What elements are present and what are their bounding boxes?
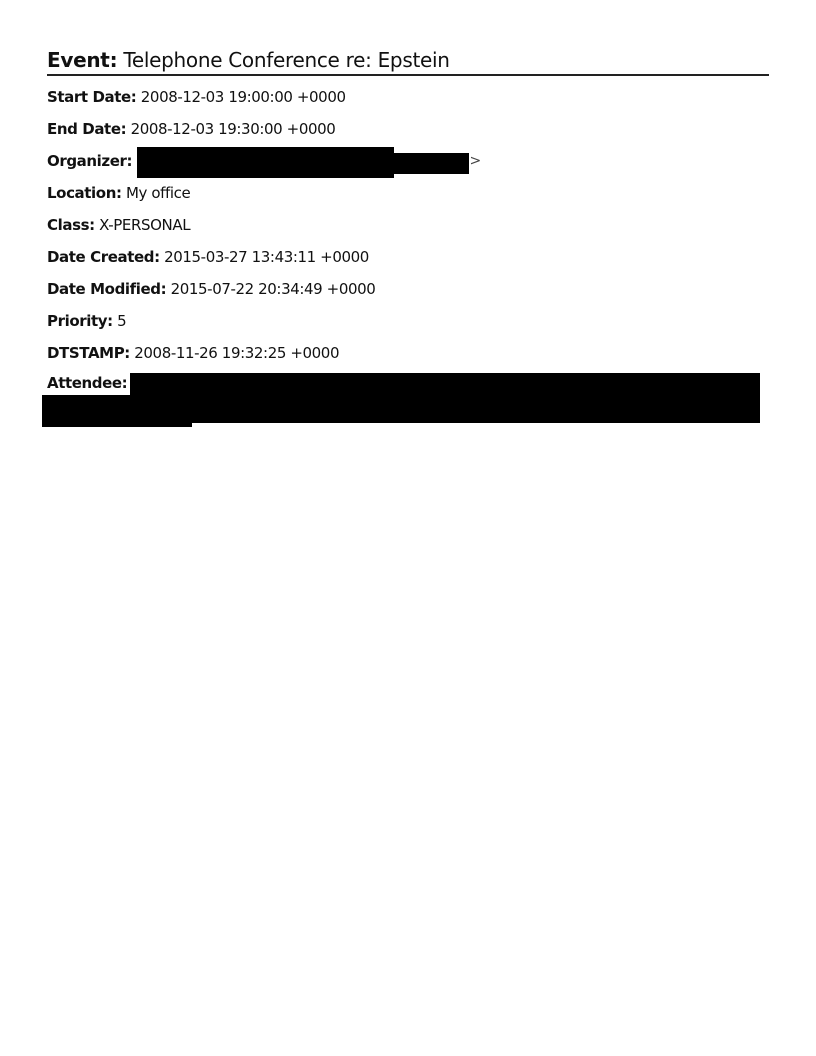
date-created-value: 2015-03-27 13:43:11 +0000 xyxy=(164,248,369,266)
field-date-modified: Date Modified: 2015-07-22 20:34:49 +0000 xyxy=(47,279,769,299)
field-start-date: Start Date: 2008-12-03 19:00:00 +0000 xyxy=(47,87,769,107)
event-title: Telephone Conference re: Epstein xyxy=(123,48,449,72)
field-dtstamp: DTSTAMP: 2008-11-26 19:32:25 +0000 xyxy=(47,343,769,363)
start-date-label: Start Date: xyxy=(47,88,136,106)
attendee-label: Attendee: xyxy=(47,373,130,393)
field-end-date: End Date: 2008-12-03 19:30:00 +0000 xyxy=(47,119,769,139)
redaction-box xyxy=(137,147,394,178)
priority-label: Priority: xyxy=(47,312,113,330)
redaction-box xyxy=(394,153,469,174)
class-value: X-PERSONAL xyxy=(99,216,190,234)
event-fields: Start Date: 2008-12-03 19:00:00 +0000 En… xyxy=(47,87,769,395)
field-priority: Priority: 5 xyxy=(47,311,769,331)
organizer-label: Organizer: xyxy=(47,152,132,170)
attendee-redaction: Attendee: xyxy=(42,375,762,435)
field-attendee: Attendee: xyxy=(47,375,769,395)
location-label: Location: xyxy=(47,184,122,202)
dtstamp-value: 2008-11-26 19:32:25 +0000 xyxy=(134,344,339,362)
event-label: Event: xyxy=(47,48,117,72)
date-created-label: Date Created: xyxy=(47,248,160,266)
start-date-value: 2008-12-03 19:00:00 +0000 xyxy=(141,88,346,106)
end-date-label: End Date: xyxy=(47,120,126,138)
class-label: Class: xyxy=(47,216,95,234)
field-date-created: Date Created: 2015-03-27 13:43:11 +0000 xyxy=(47,247,769,267)
field-location: Location: My office xyxy=(47,183,769,203)
field-organizer: Organizer: > xyxy=(47,151,769,171)
date-modified-value: 2015-07-22 20:34:49 +0000 xyxy=(171,280,376,298)
end-date-value: 2008-12-03 19:30:00 +0000 xyxy=(131,120,336,138)
event-title-row: Event: Telephone Conference re: Epstein xyxy=(47,46,769,76)
date-modified-label: Date Modified: xyxy=(47,280,166,298)
event-document: Event: Telephone Conference re: Epstein … xyxy=(47,46,769,407)
organizer-redaction: > xyxy=(137,151,470,171)
priority-value: 5 xyxy=(117,312,126,330)
organizer-tail: > xyxy=(470,151,481,171)
location-value: My office xyxy=(126,184,190,202)
dtstamp-label: DTSTAMP: xyxy=(47,344,130,362)
field-class: Class: X-PERSONAL xyxy=(47,215,769,235)
redaction-box xyxy=(130,395,760,423)
